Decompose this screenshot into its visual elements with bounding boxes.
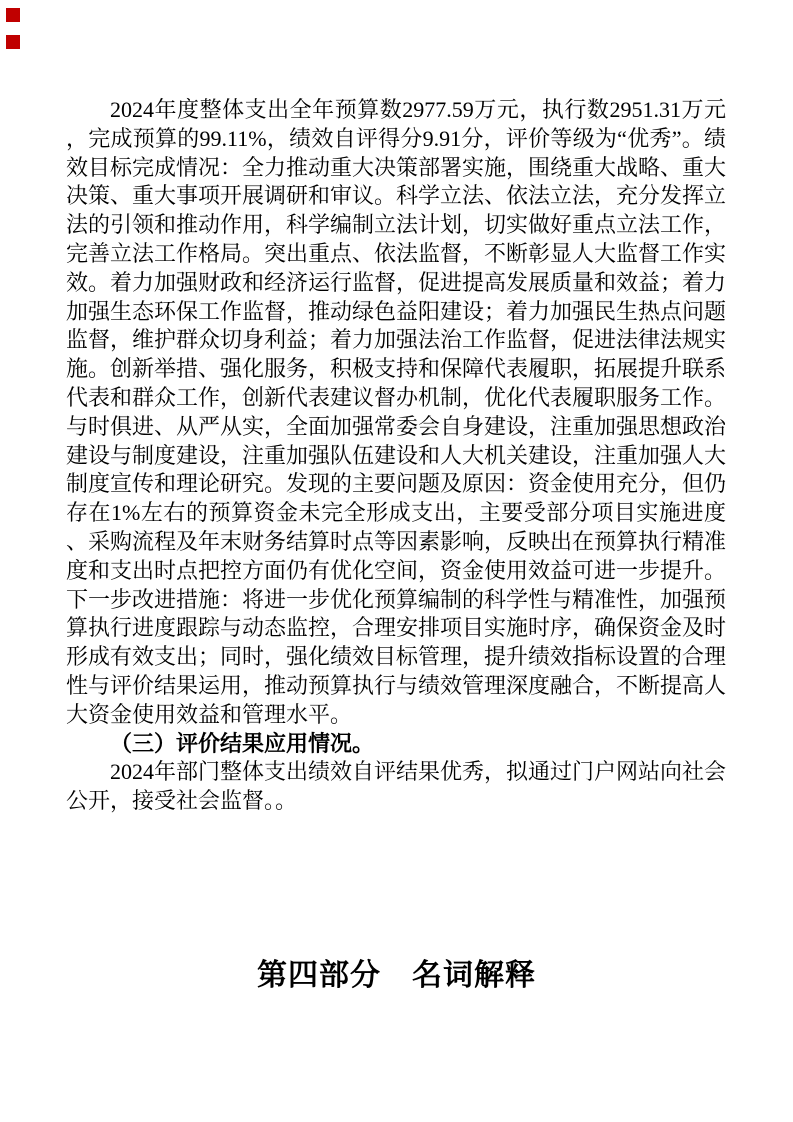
red-marker-top — [6, 8, 20, 22]
document-body: 2024年度整体支出全年预算数2977.59万元，执行数2951.31万元，完成… — [66, 96, 726, 816]
document-page: 2024年度整体支出全年预算数2977.59万元，执行数2951.31万元，完成… — [0, 0, 793, 1122]
subsection-heading-result-application: （三）评价结果应用情况。 — [66, 730, 726, 759]
red-marker-bottom — [6, 35, 20, 49]
section-heading-part-four: 第四部分 名词解释 — [0, 950, 793, 994]
paragraph-performance-self-assessment: 2024年度整体支出全年预算数2977.59万元，执行数2951.31万元，完成… — [66, 96, 726, 730]
paragraph-result-application: 2024年部门整体支出绩效自评结果优秀，拟通过门户网站向社会公开，接受社会监督。… — [66, 758, 726, 816]
